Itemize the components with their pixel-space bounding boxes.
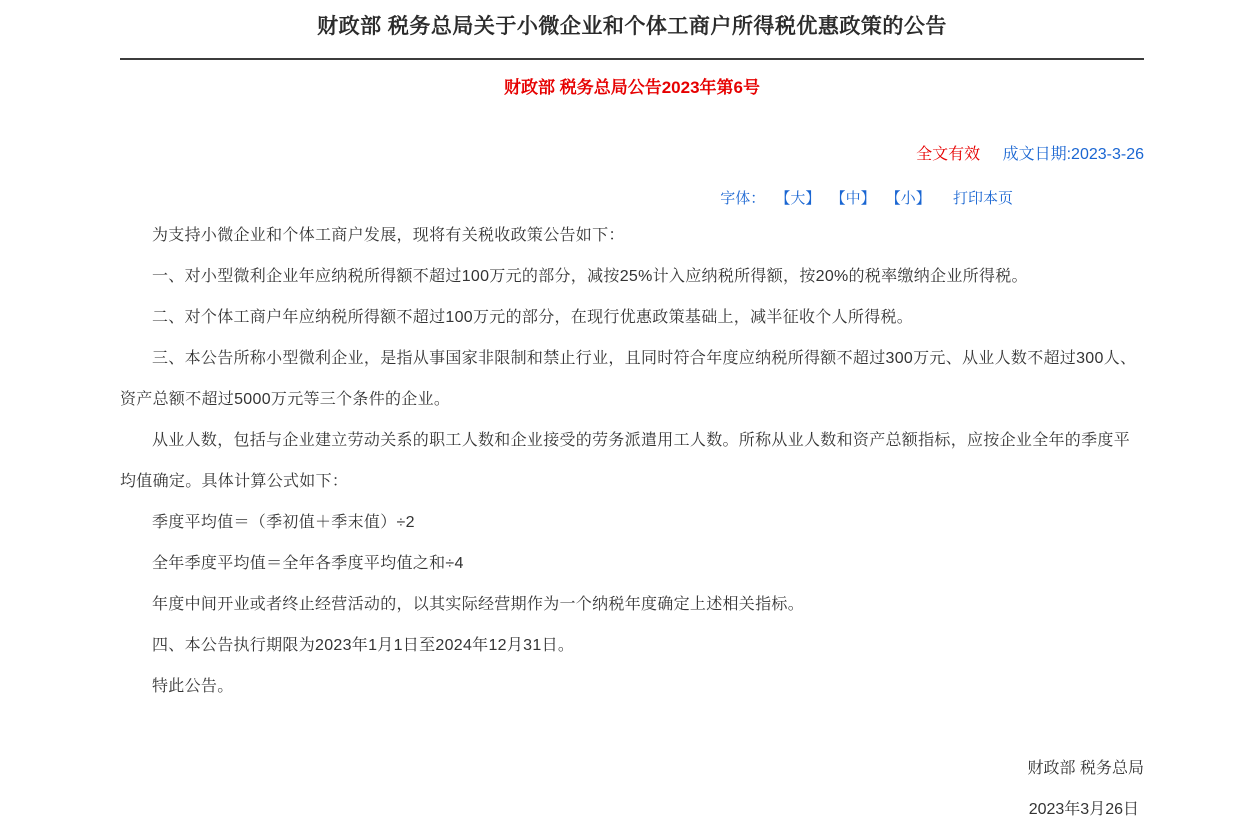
paragraph-closing: 特此公告。	[120, 666, 1144, 707]
meta-line: 全文有效 成文日期:2023-3-26	[120, 146, 1144, 164]
doc-number: 财政部 税务总局公告2023年第6号	[120, 78, 1144, 98]
font-size-large-button[interactable]: 【大】	[775, 190, 820, 207]
paragraph-item-1: 一、对小型微利企业年应纳税所得额不超过100万元的部分，减按25%计入应纳税所得…	[120, 256, 1144, 297]
font-size-label: 字体：	[720, 190, 765, 207]
title-divider	[120, 58, 1144, 60]
signature-block: 财政部 税务总局 2023年3月26日	[120, 748, 1144, 822]
paragraph-mid-year: 年度中间开业或者终止经营活动的，以其实际经营期作为一个纳税年度确定上述相关指标。	[120, 584, 1144, 625]
paragraph-item-4: 四、本公告执行期限为2023年1月1日至2024年12月31日。	[120, 625, 1144, 666]
signature-date: 2023年3月26日	[120, 789, 1144, 822]
paragraph-formula-quarter: 季度平均值＝（季初值＋季末值）÷2	[120, 502, 1144, 543]
announcement-page: 财政部 税务总局关于小微企业和个体工商户所得税优惠政策的公告 财政部 税务总局公…	[120, 0, 1144, 822]
font-controls: 字体： 【大】 【中】 【小】 打印本页	[120, 190, 1144, 208]
paragraph-formula-year: 全年季度平均值＝全年各季度平均值之和÷4	[120, 543, 1144, 584]
font-size-small-button[interactable]: 【小】	[886, 190, 931, 207]
validity-status: 全文有效	[916, 146, 980, 163]
font-size-medium-button[interactable]: 【中】	[831, 190, 876, 207]
signature-agency: 财政部 税务总局	[120, 748, 1144, 789]
article-body: 为支持小微企业和个体工商户发展，现将有关税收政策公告如下： 一、对小型微利企业年…	[120, 215, 1144, 707]
paragraph-employee-count: 从业人数，包括与企业建立劳动关系的职工人数和企业接受的劳务派遣用工人数。所称从业…	[120, 420, 1144, 502]
page-title: 财政部 税务总局关于小微企业和个体工商户所得税优惠政策的公告	[120, 12, 1144, 42]
paragraph-intro: 为支持小微企业和个体工商户发展，现将有关税收政策公告如下：	[120, 215, 1144, 256]
issue-date: 成文日期:2023-3-26	[1003, 146, 1144, 163]
paragraph-item-3: 三、本公告所称小型微利企业，是指从事国家非限制和禁止行业，且同时符合年度应纳税所…	[120, 338, 1144, 420]
print-page-button[interactable]: 打印本页	[953, 190, 1013, 207]
paragraph-item-2: 二、对个体工商户年应纳税所得额不超过100万元的部分，在现行优惠政策基础上，减半…	[120, 297, 1144, 338]
